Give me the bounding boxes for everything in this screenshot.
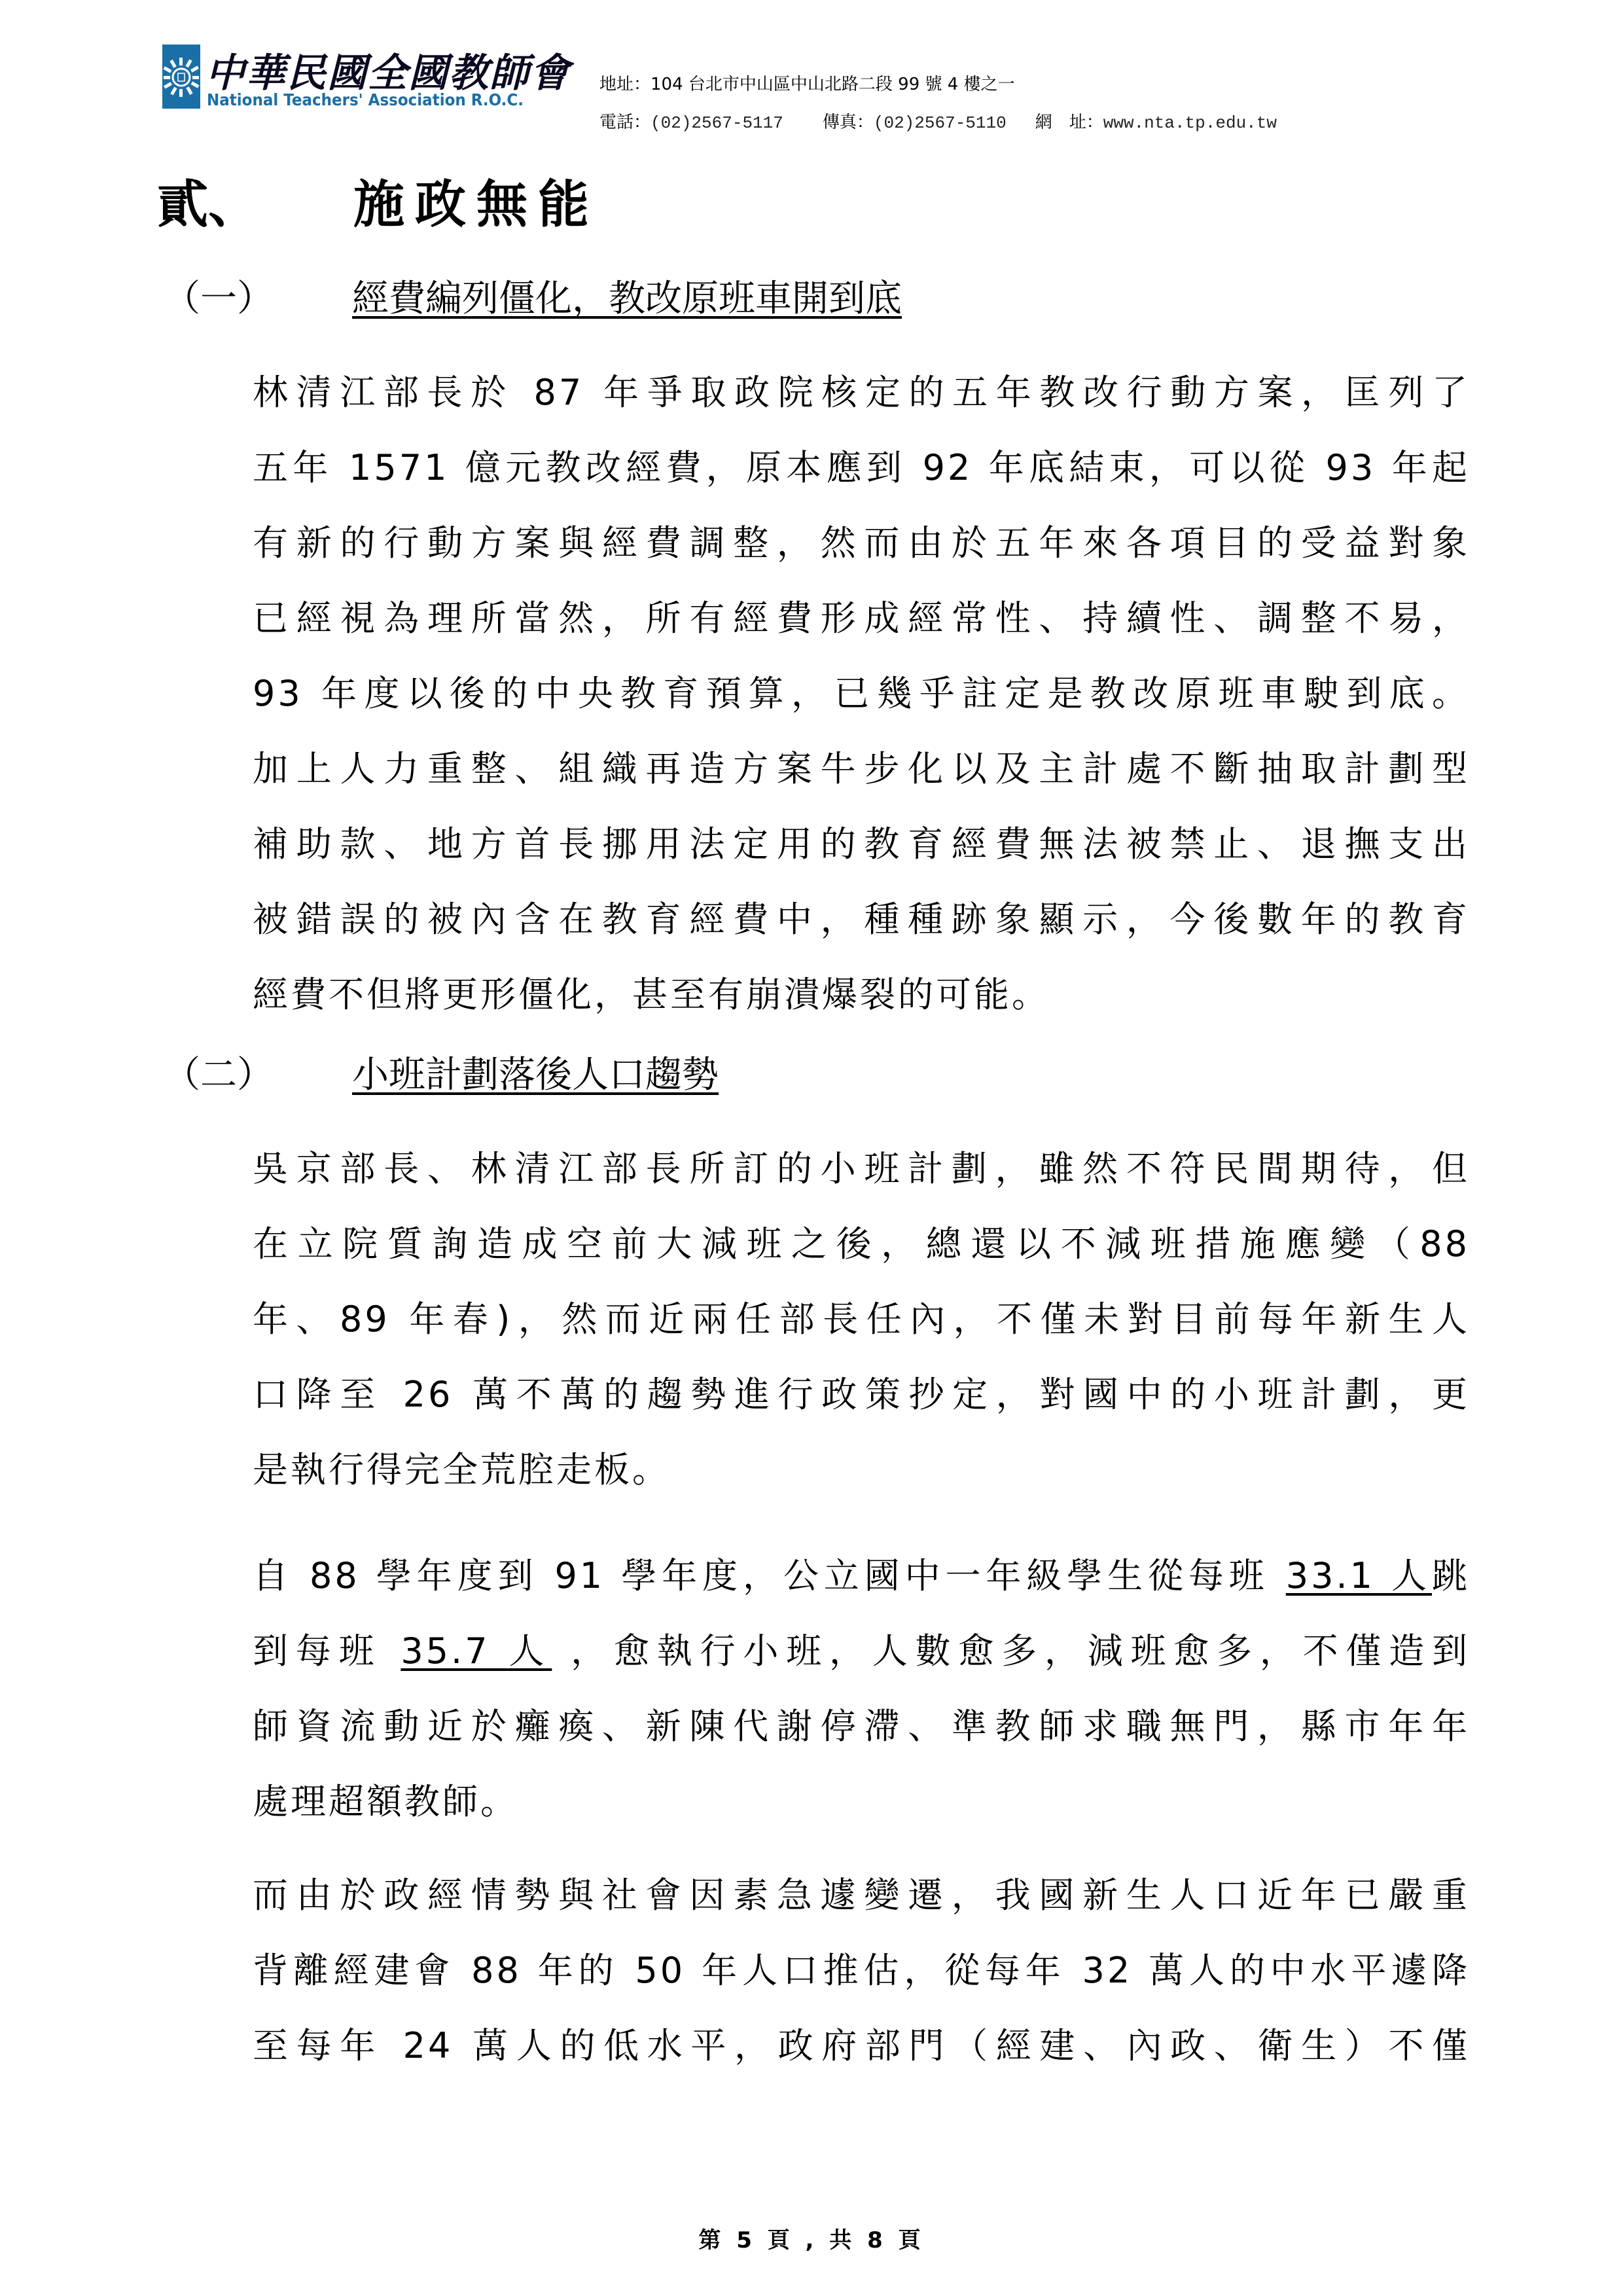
text-line: 處理超額教師。 (253, 1764, 1470, 1839)
paragraph-small-class: 吳京部長、林清江部長所訂的小班計劃，雖然不符民間期待，但 在立院質詢造成空前大減… (253, 1131, 1470, 1507)
page-number: 第 5 頁 , 共 8 頁 (0, 2222, 1623, 2254)
phone-value: (02)2567-5117 (651, 113, 783, 133)
address-label: 地址： (599, 75, 651, 94)
subsection-number: （一） (164, 270, 352, 322)
class-size-33-1: 33.1 人 (1286, 1555, 1432, 1596)
text-line: 被錯誤的被內含在教育經費中，種種跡象顯示，今後數年的教育 (253, 882, 1470, 957)
text-line: 師資流動近於癱瘓、新陳代謝停滯、準教師求職無門，縣市年年 (253, 1689, 1470, 1764)
text-line: 而由於政經情勢與社會因素急遽變遷，我國新生人口近年已嚴重 (253, 1857, 1470, 1933)
text-line: 是執行得完全荒腔走板。 (253, 1432, 1470, 1507)
text-line: 在立院質詢造成空前大減班之後，總還以不減班措施應變（88 (253, 1206, 1470, 1282)
subsection-heading-1: （一）經費編列僵化，教改原班車開到底 (164, 270, 902, 322)
text-line: 林清江部長於 87 年爭取政院核定的五年教改行動方案，匡列了 (253, 355, 1470, 430)
section-number: 貳、 (157, 164, 353, 237)
text-line: 經費不但將更形僵化，甚至有崩潰爆裂的可能。 (253, 957, 1470, 1032)
association-logo: 中華民國全國教師會 National Teachers' Association… (162, 45, 568, 117)
subsection-title: 小班計劃落後人口趨勢 (352, 1054, 719, 1096)
text-line: 到每班 35.7 人 ，愈執行小班，人數愈多，減班愈多，不僅造到 (253, 1613, 1470, 1689)
paragraph-budget: 林清江部長於 87 年爭取政院核定的五年教改行動方案，匡列了 五年 1571 億… (253, 355, 1470, 1032)
subsection-number: （二） (164, 1046, 352, 1098)
section-title: 施政無能 (353, 175, 599, 234)
phone-label: 電話： (599, 113, 651, 132)
contact-info: 地址：104 台北市中山區中山北路二段 99 號 4 樓之一 電話：(02)25… (599, 65, 1277, 142)
paragraph-population: 而由於政經情勢與社會因素急遽變遷，我國新生人口近年已嚴重 背離經建會 88 年的… (253, 1857, 1470, 2083)
contact-line: 電話：(02)2567-5117傳真：(02)2567-5110網 址：www.… (599, 103, 1277, 142)
text-line: 補助款、地方首長挪用法定用的教育經費無法被禁止、退撫支出 (253, 806, 1470, 882)
text-line: 吳京部長、林清江部長所訂的小班計劃，雖然不符民間期待，但 (253, 1131, 1470, 1206)
section-heading: 貳、施政無能 (157, 164, 599, 237)
text-line: 已經視為理所當然，所有經費形成經常性、持續性、調整不易， (253, 581, 1470, 656)
address-line: 地址：104 台北市中山區中山北路二段 99 號 4 樓之一 (599, 65, 1277, 103)
website-link[interactable]: www.nta.tp.edu.tw (1103, 113, 1277, 133)
class-size-35-7: 35.7 人 (401, 1630, 552, 1672)
text-line: 五年 1571 億元教改經費，原本應到 92 年底結束，可以從 93 年起 (253, 430, 1470, 505)
sun-emblem-icon (162, 45, 200, 109)
subsection-heading-2: （二）小班計劃落後人口趨勢 (164, 1046, 719, 1098)
text-line: 口降至 26 萬不萬的趨勢進行政策抄定，對國中的小班計劃，更 (253, 1357, 1470, 1432)
subsection-title: 經費編列僵化，教改原班車開到底 (352, 278, 902, 320)
fax-value: (02)2567-5110 (874, 113, 1007, 133)
logo-english-name: National Teachers' Association R.O.C. (207, 90, 524, 109)
text-line: 至每年 24 萬人的低水平，政府部門（經建、內政、衛生）不僅 (253, 2008, 1470, 2083)
text-line: 背離經建會 88 年的 50 年人口推估，從每年 32 萬人的中水平遽降 (253, 1933, 1470, 2008)
text-line: 有新的行動方案與經費調整，然而由於五年來各項目的受益對象 (253, 505, 1470, 581)
letterhead: 中華民國全國教師會 National Teachers' Association… (162, 45, 1484, 130)
text-line: 自 88 學年度到 91 學年度，公立國中一年級學生從每班 33.1 人跳 (253, 1538, 1470, 1613)
text-line: 年、89 年春)，然而近兩任部長任內，不僅未對目前每年新生人 (253, 1282, 1470, 1357)
text-line: 加上人力重整、組織再造方案牛步化以及主計處不斷抽取計劃型 (253, 731, 1470, 806)
paragraph-class-size: 自 88 學年度到 91 學年度，公立國中一年級學生從每班 33.1 人跳 到每… (253, 1538, 1470, 1839)
address-value: 104 台北市中山區中山北路二段 99 號 4 樓之一 (651, 75, 1015, 94)
fax-label: 傳真： (823, 113, 874, 132)
text-line: 93 年度以後的中央教育預算，已幾乎註定是教改原班車駛到底。 (253, 656, 1470, 731)
website-label: 網 址： (1035, 113, 1103, 132)
